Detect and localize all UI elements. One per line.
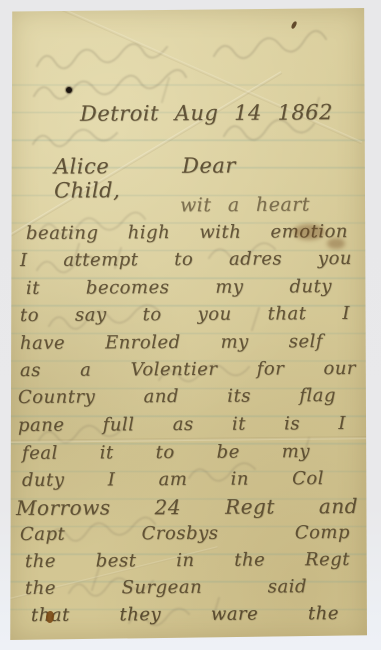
smudge-mark — [293, 224, 325, 240]
letter-line-body: as a Volentier for our — [20, 357, 356, 383]
letter-line-body: that they ware the — [31, 602, 339, 628]
smudge-mark — [327, 238, 345, 249]
letter-line-body: Morrows 24 Regt and — [16, 494, 358, 520]
letter-line-body: the Surgean said — [25, 575, 307, 601]
letter-line-dateline: Detroit Aug 14 1862 — [80, 100, 333, 126]
handwriting-layer: Detroit Aug 14 1862Alice Dear Child,wit … — [0, 0, 381, 650]
letter-photograph: Detroit Aug 14 1862Alice Dear Child,wit … — [0, 0, 381, 650]
letter-line-body: pane full as it is I — [18, 412, 346, 438]
letter-line-body: Country and its flag — [18, 384, 336, 410]
letter-line-body: Capt Crosbys Comp — [20, 521, 350, 547]
letter-line-body: to say to you that I — [20, 302, 350, 328]
letter-line-body: I attempt to adres you — [20, 247, 352, 273]
letter-line-body: wit a heart — [180, 193, 310, 218]
fleck-mark — [291, 21, 298, 30]
letter-line-body: the best in the Regt — [25, 548, 350, 574]
letter-line-body: feal it to be my — [22, 440, 310, 466]
letter-line-body: it becomes my duty — [26, 275, 332, 301]
letter-line-body: have Enroled my self — [20, 330, 323, 356]
ink-dot-mark — [66, 87, 72, 93]
letter-line-body: duty I am in Col — [22, 467, 324, 493]
